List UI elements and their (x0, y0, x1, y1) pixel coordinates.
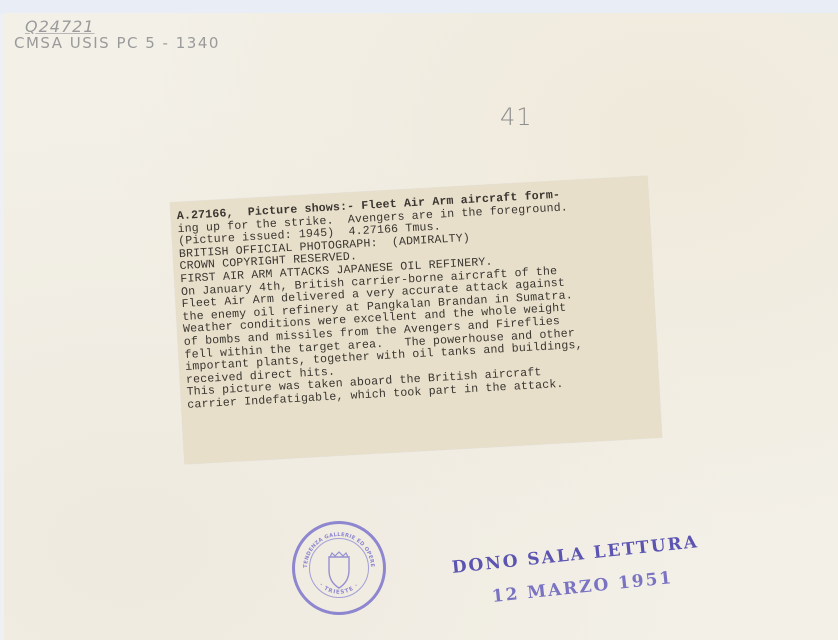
pencil-page-number: 41 (500, 103, 533, 131)
coat-of-arms-shield-icon: SOPRINTENDENZA GALLERIE ED OPERE D'ARTE … (295, 524, 383, 612)
scanner-edge (0, 0, 838, 14)
pencil-archive-reference: CMSA USIS PC 5 - 1340 (14, 34, 220, 52)
svg-text:· TRIESTE ·: · TRIESTE · (318, 582, 361, 596)
svg-text:SOPRINTENDENZA GALLERIE ED OPE: SOPRINTENDENZA GALLERIE ED OPERE D'ARTE (295, 524, 375, 568)
typed-caption-label: A.27166, Picture shows:- Fleet Air Arm a… (170, 176, 662, 464)
circular-library-seal: SOPRINTENDENZA GALLERIE ED OPERE D'ARTE … (292, 521, 386, 615)
